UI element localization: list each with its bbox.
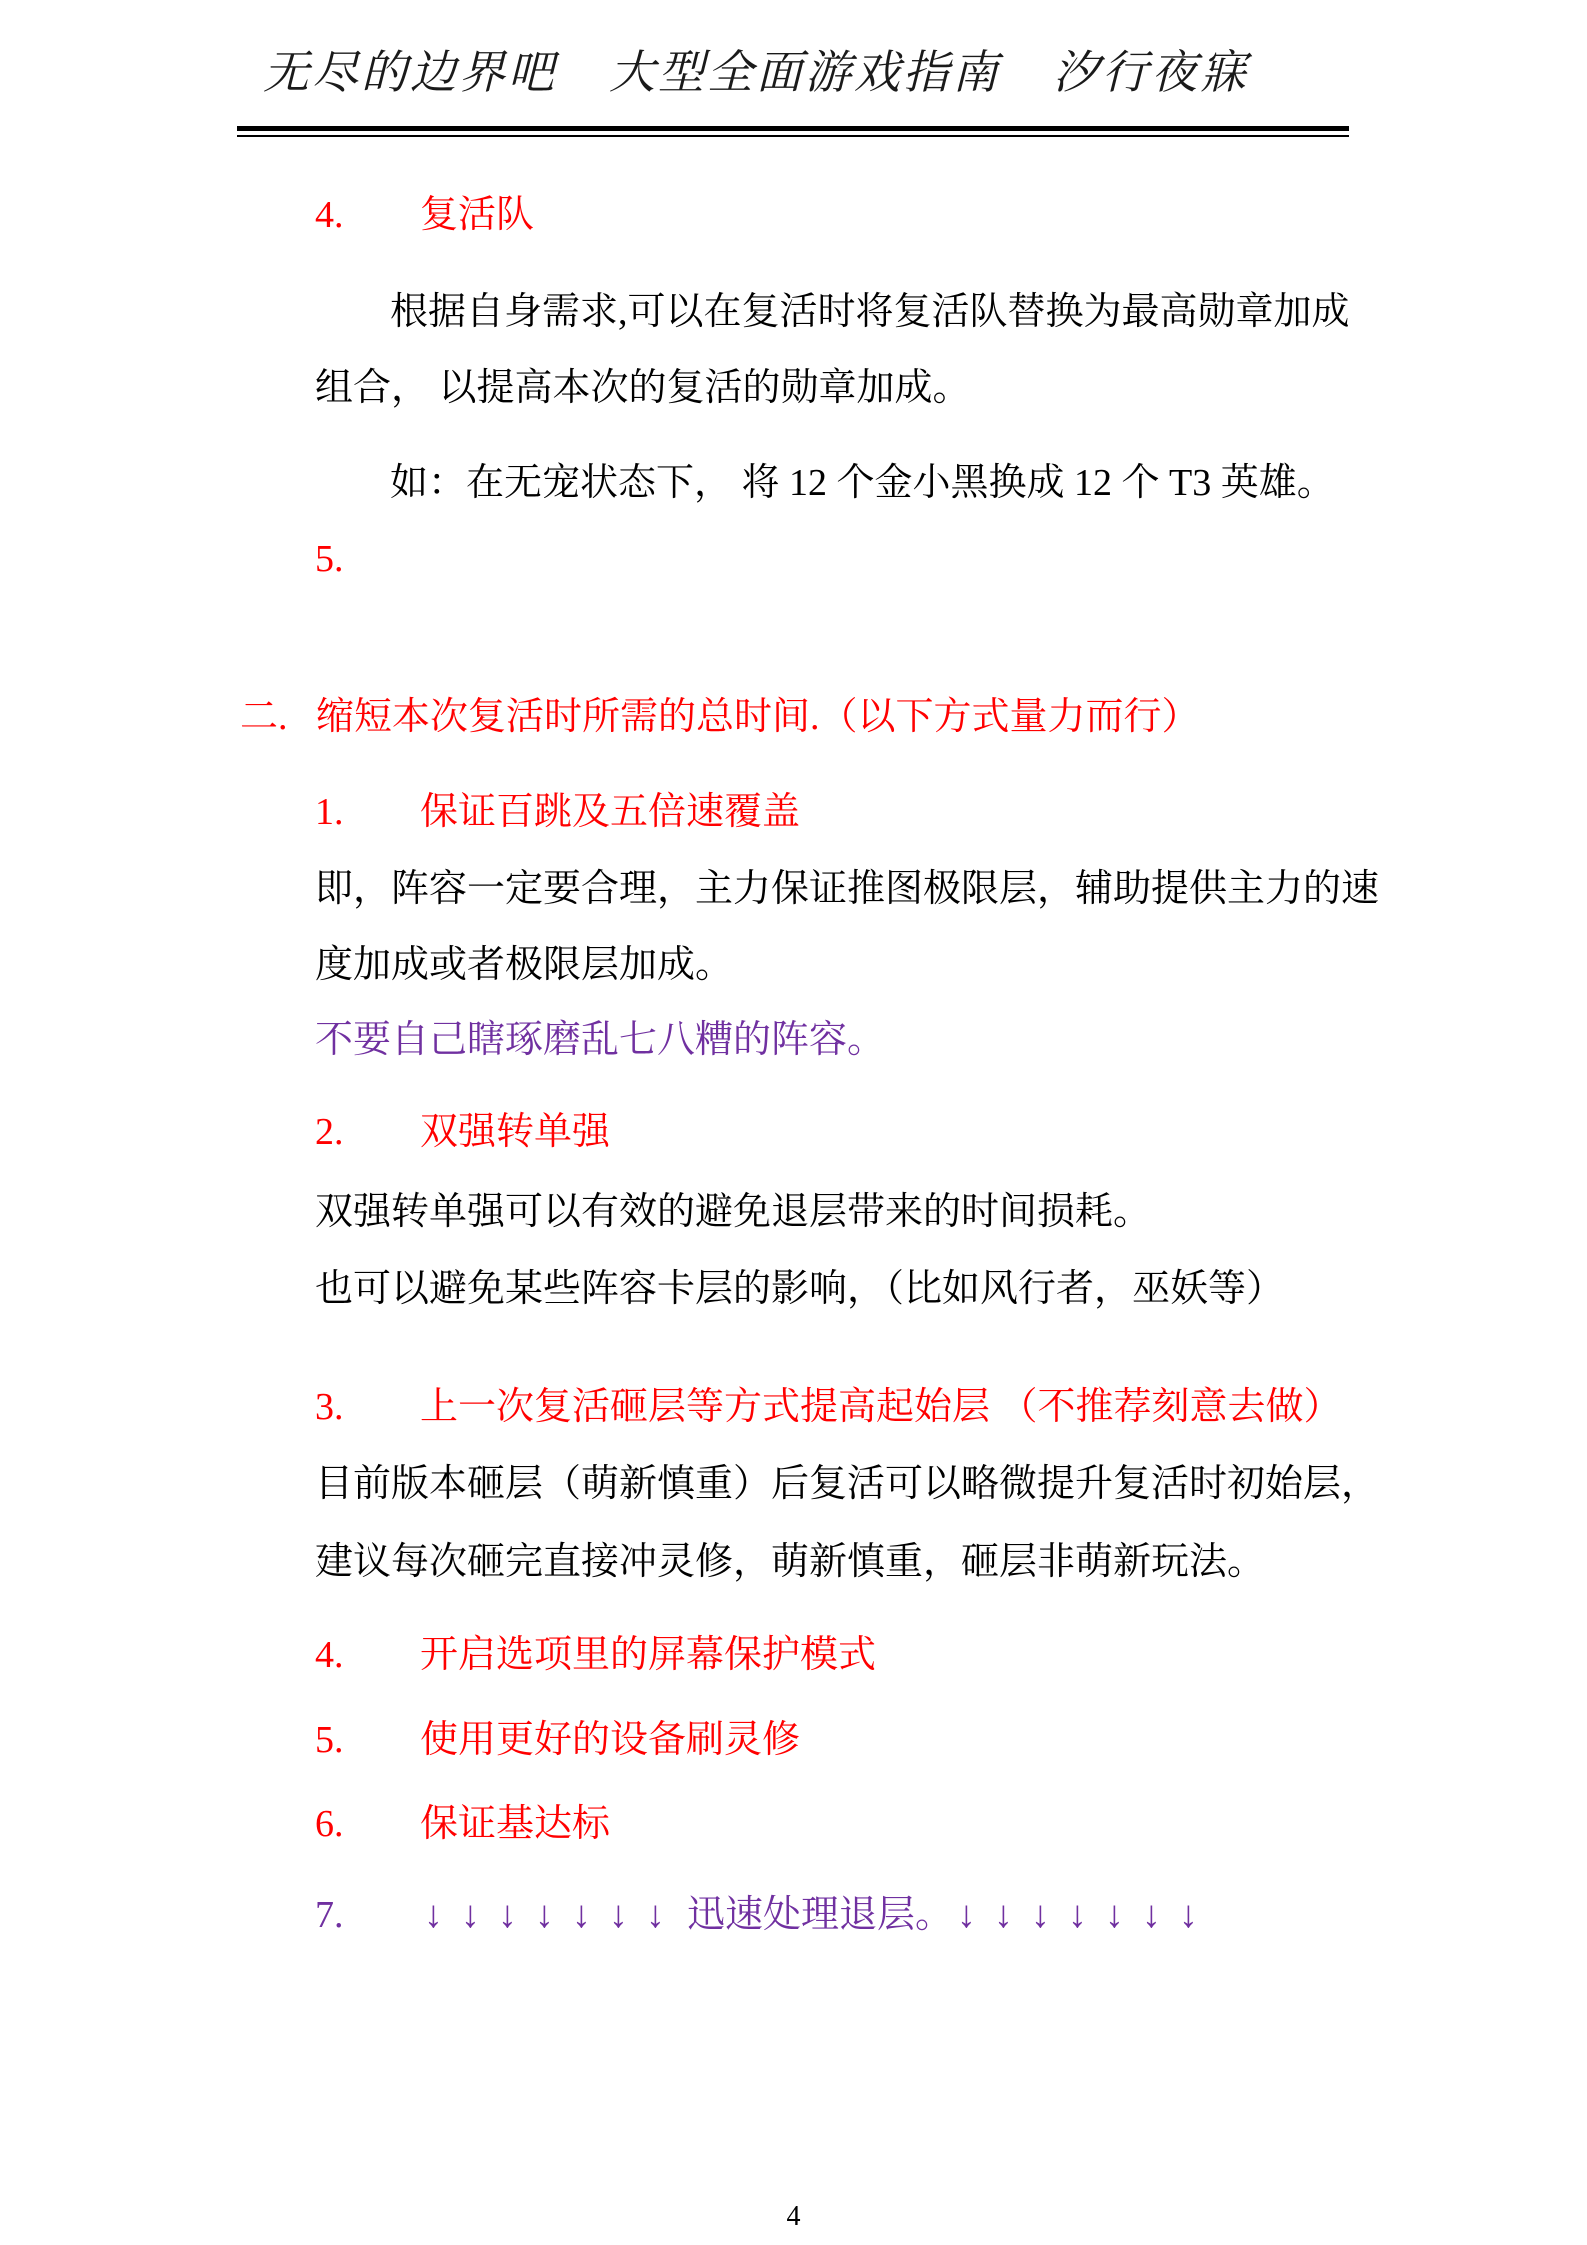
list-item-title: 上一次复活砸层等方式提高起始层 （不推荐刻意去做） [420,1386,1342,1428]
paragraph-line: 组合， 以提高本次的复活的勋章加成。 [315,363,971,413]
list-item: 1.保证百跳及五倍速覆盖 [315,787,800,837]
paragraph-line: 双强转单强可以有效的避免退层带来的时间损耗。 [315,1187,1151,1237]
list-item-number: 5. [315,534,420,584]
list-item: 6.保证基达标 [315,1799,610,1849]
paragraph-line: 即，阵容一定要合理，主力保证推图极限层，辅助提供主力的速 [315,864,1379,914]
list-item-title: 保证基达标 [420,1803,610,1845]
list-item-title: 保证百跳及五倍速覆盖 [420,791,800,833]
header-double-rule [237,126,1349,137]
list-item-number: 4. [315,1630,420,1680]
down-arrows-right: ↓↓↓↓↓↓↓ [957,1894,1216,1936]
paragraph-line: 根据自身需求,可以在复活时将复活队替换为最高勋章加成 [390,287,1350,337]
header-title-part-2: 大型全面游戏指南 [609,44,1001,102]
list-item-number: 3. [315,1382,420,1432]
list-item-number: 6. [315,1799,420,1849]
page-header-title: 无尽的边界吧 大型全面游戏指南 汐行夜寐 [263,44,1249,102]
list-item-number: 7. [315,1890,420,1940]
paragraph-line: 如：在无宠状态下， 将 12 个金小黑换成 12 个 T3 英雄。 [390,458,1335,508]
list-item: 7.↓↓↓↓↓↓↓迅速处理退层。↓↓↓↓↓↓↓ [315,1890,1220,1940]
paragraph-line: 度加成或者极限层加成。 [315,940,733,990]
list-item-number: 5. [315,1715,420,1765]
list-item: 3.上一次复活砸层等方式提高起始层 （不推荐刻意去做） [315,1382,1342,1432]
list-item: 4.开启选项里的屏幕保护模式 [315,1630,876,1680]
list-item-title: 复活队 [420,194,534,236]
paragraph-line: 建议每次砸完直接冲灵修，萌新慎重，砸层非萌新玩法。 [315,1537,1265,1587]
list-item-title: 双强转单强 [420,1111,610,1153]
list-item-title: 使用更好的设备刷灵修 [420,1719,800,1761]
section-title: 缩短本次复活时所需的总时间.（以下方式量力而行） [316,696,1200,738]
document-page: 无尽的边界吧 大型全面游戏指南 汐行夜寐 4.复活队 根据自身需求,可以在复活时… [0,0,1587,2245]
header-title-part-1: 无尽的边界吧 [263,44,557,102]
list-item: 2.双强转单强 [315,1107,610,1157]
list-item-number: 4. [315,190,420,240]
list-item-title: 迅速处理退层。 [687,1894,953,1936]
down-arrows-left: ↓↓↓↓↓↓↓ [424,1894,683,1936]
paragraph-line: 目前版本砸层（萌新慎重）后复活可以略微提升复活时初始层， [315,1459,1379,1509]
list-item-title: 开启选项里的屏幕保护模式 [420,1634,876,1676]
note-line: 不要自己瞎琢磨乱七八糟的阵容。 [315,1015,885,1065]
list-item-number: 2. [315,1107,420,1157]
list-item: 4.复活队 [315,190,534,240]
section-heading: 二.缩短本次复活时所需的总时间.（以下方式量力而行） [240,692,1200,742]
list-item-number: 1. [315,787,420,837]
list-item: 5.使用更好的设备刷灵修 [315,1715,800,1765]
header-title-part-3: 汐行夜寐 [1053,44,1249,102]
paragraph-line: 也可以避免某些阵容卡层的影响，（比如风行者，巫妖等） [315,1264,1284,1314]
list-item: 5. [315,534,420,584]
section-number: 二. [240,692,316,742]
page-number: 4 [0,2200,1587,2234]
